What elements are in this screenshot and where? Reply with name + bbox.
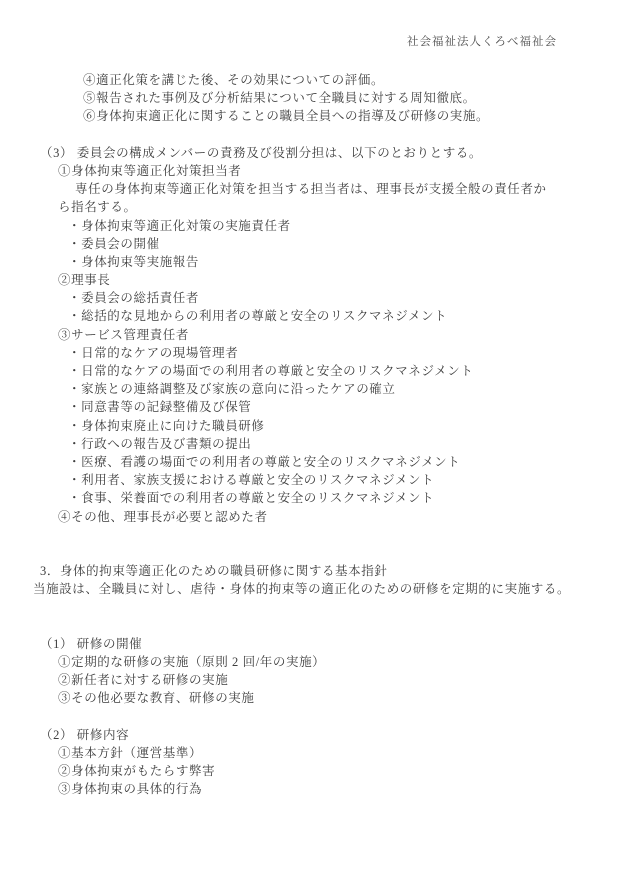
doc-line: ①基本方針（運営基準） [0, 744, 620, 762]
doc-line: ・利用者、家族支援における尊厳と安全のリスクマネジメント [0, 471, 620, 489]
doc-line: ・委員会の総括責任者 [0, 289, 620, 307]
doc-line: ④その他、理事長が必要と認めた者 [0, 508, 620, 526]
doc-line: ③サービス管理責任者 [0, 326, 620, 344]
doc-line: ・同意書等の記録整備及び保管 [0, 398, 620, 416]
doc-line: ⑥身体拘束適正化に関することの職員全員への指導及び研修の実施。 [0, 107, 620, 125]
doc-line: 当施設は、全職員に対し、虐待・身体的拘束等の適正化のための研修を定期的に実施する… [0, 580, 620, 598]
doc-line: （2） 研修内容 [0, 726, 620, 744]
org-name-header: 社会福祉法人くろべ福祉会 [0, 34, 557, 50]
doc-line: ・行政への報告及び書類の提出 [0, 435, 620, 453]
document-body: ④適正化策を講じた後、その効果についての評価。⑤報告された事例及び分析結果につい… [0, 71, 620, 799]
doc-line: 専任の身体拘束等適正化対策を担当する担当者は、理事長が支援全般の責任者か [0, 180, 620, 198]
doc-line: ら指名する。 [0, 198, 620, 216]
doc-line: （1） 研修の開催 [0, 635, 620, 653]
doc-line: （3） 委員会の構成メンバーの責務及び役割分担は、以下のとおりとする。 [0, 144, 620, 162]
doc-line: ・日常的なケアの現場管理者 [0, 344, 620, 362]
doc-line: ・家族との連絡調整及び家族の意向に沿ったケアの確立 [0, 380, 620, 398]
doc-line: ・総括的な見地からの利用者の尊厳と安全のリスクマネジメント [0, 307, 620, 325]
doc-line: ③身体拘束の具体的行為 [0, 780, 620, 798]
doc-line: ④適正化策を講じた後、その効果についての評価。 [0, 71, 620, 89]
doc-line: ②理事長 [0, 271, 620, 289]
doc-line: ・日常的なケアの場面での利用者の尊厳と安全のリスクマネジメント [0, 362, 620, 380]
document-page: 社会福祉法人くろべ福祉会 ④適正化策を講じた後、その効果についての評価。⑤報告さ… [0, 0, 620, 876]
doc-line: ・医療、看護の場面での利用者の尊厳と安全のリスクマネジメント [0, 453, 620, 471]
doc-line: ①身体拘束等適正化対策担当者 [0, 162, 620, 180]
doc-line: ・委員会の開催 [0, 235, 620, 253]
doc-line: ・身体拘束廃止に向けた職員研修 [0, 417, 620, 435]
doc-line: 3．身体的拘束等適正化のための職員研修に関する基本指針 [0, 562, 620, 580]
doc-line: ③その他必要な教育、研修の実施 [0, 689, 620, 707]
doc-line: ②身体拘束がもたらす弊害 [0, 762, 620, 780]
doc-line: ②新任者に対する研修の実施 [0, 671, 620, 689]
doc-line: ・食事、栄養面での利用者の尊厳と安全のリスクマネジメント [0, 489, 620, 507]
doc-line: ⑤報告された事例及び分析結果について全職員に対する周知徹底。 [0, 89, 620, 107]
doc-line: ・身体拘束等適正化対策の実施責任者 [0, 217, 620, 235]
doc-line: ・身体拘束等実施報告 [0, 253, 620, 271]
doc-line: ①定期的な研修の実施（原則 2 回/年の実施） [0, 653, 620, 671]
